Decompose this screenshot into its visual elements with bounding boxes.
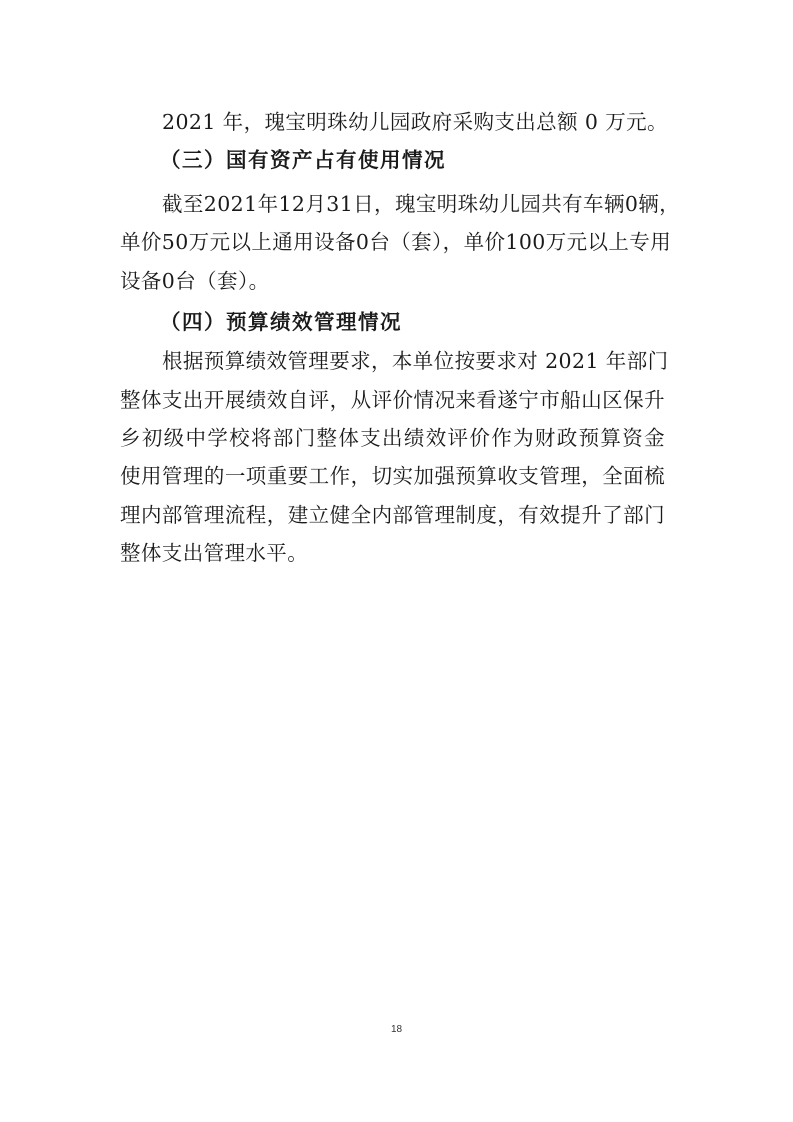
paragraph-assets-line-1: 截至2021年12月31日，瑰宝明珠幼儿园共有车辆0辆， [162,190,665,218]
paragraph-procurement: 2021 年，瑰宝明珠幼儿园政府采购支出总额 0 万元。 [162,108,665,136]
document-page: 2021 年，瑰宝明珠幼儿园政府采购支出总额 0 万元。 （三）国有资产占有使用… [0,0,793,1122]
paragraph-performance-line-6: 整体支出管理水平。 [120,539,665,567]
paragraph-performance-line-3: 乡初级中学校将部门整体支出绩效评价作为财政预算资金 [120,424,665,452]
paragraph-assets-line-2: 单价50万元以上通用设备0台（套），单价100万元以上专用 [120,228,665,256]
paragraph-performance-line-5: 理内部管理流程，建立健全内部管理制度，有效提升了部门 [120,501,665,529]
paragraph-performance-line-2: 整体支出开展绩效自评，从评价情况来看遂宁市船山区保升 [120,386,665,414]
section-heading-state-assets: （三）国有资产占有使用情况 [160,146,705,174]
paragraph-performance-line-4: 使用管理的一项重要工作，切实加强预算收支管理，全面梳 [120,462,665,490]
page-number: 18 [0,1024,793,1035]
section-heading-performance: （四）预算绩效管理情况 [160,308,705,336]
paragraph-performance-line-1: 根据预算绩效管理要求，本单位按要求对 2021 年部门 [162,347,665,375]
paragraph-assets-line-3: 设备0台（套）。 [120,267,665,295]
